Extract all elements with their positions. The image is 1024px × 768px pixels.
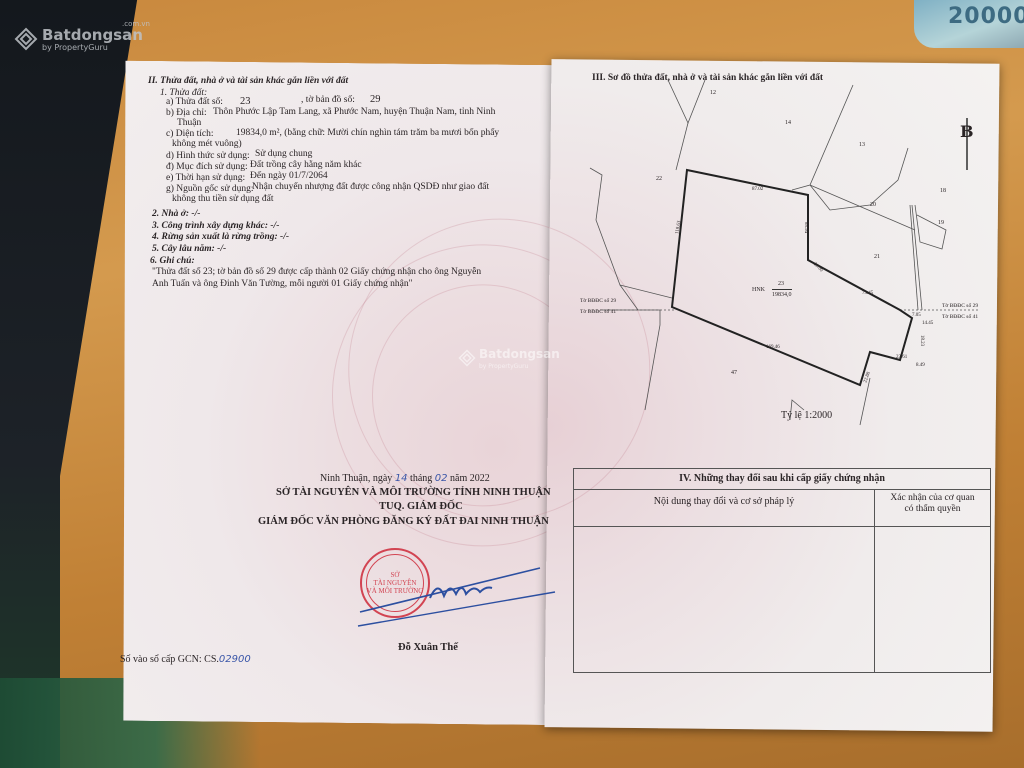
edge-length-9: 23.61 bbox=[896, 352, 907, 363]
parcel-label-20: 20 bbox=[870, 200, 876, 211]
date-month-label: tháng bbox=[410, 473, 432, 484]
parcel-label-18: 18 bbox=[940, 186, 946, 197]
main-parcel-boundary bbox=[672, 170, 912, 385]
changes-table-body bbox=[574, 527, 990, 672]
area-value: 19834,0 m², (bằng chữ: Mười chín nghìn t… bbox=[236, 128, 499, 139]
edge-length-12: 118.63 bbox=[672, 220, 685, 235]
section2-title: II. Thửa đất, nhà ở và tài sản khác gắn … bbox=[148, 76, 348, 87]
use-form-value: Sử dụng chung bbox=[255, 149, 312, 160]
edge-length-5: 7.05 bbox=[912, 310, 921, 321]
parcel-label-21: 21 bbox=[874, 252, 880, 263]
register-label: Số vào sổ cấp GCN: CS. bbox=[120, 654, 219, 665]
issue-date: Ninh Thuận, ngày 14 tháng 02 năm 2022 bbox=[320, 473, 490, 484]
map-sheet-label: , tờ bản đồ số: bbox=[301, 95, 355, 106]
item6-notes-label: 6. Ghi chú: bbox=[150, 256, 195, 267]
edge-length-8: 8.49 bbox=[916, 360, 925, 371]
address-value: Thôn Phước Lập Tam Lang, xã Phước Nam, h… bbox=[213, 107, 495, 118]
edge-length-1: 87.02 bbox=[752, 184, 763, 195]
col-authority-confirmation: Xác nhận của cơ quan có thẩm quyền bbox=[875, 490, 990, 526]
house-logo-icon bbox=[14, 27, 38, 51]
note-line2: Anh Tuấn và ông Đinh Văn Tường, mỗi ngườ… bbox=[152, 279, 412, 290]
north-arrow-label: B bbox=[960, 126, 974, 137]
parcel-label-47: 47 bbox=[731, 368, 737, 379]
banknote: 20000 bbox=[914, 0, 1024, 48]
parcel-label-22: 22 bbox=[656, 174, 662, 185]
house-watermark-icon bbox=[458, 349, 476, 367]
center-watermark: Batdongsan by PropertyGuru bbox=[458, 345, 560, 370]
note-line1: "Thửa đất số 23; tờ bản đồ số 29 được cấ… bbox=[152, 267, 481, 278]
main-parcel-code: HNK bbox=[752, 285, 765, 296]
batdongsan-logo: Batdongsan by PropertyGuru .com.vn bbox=[14, 26, 143, 52]
logo-brand: Batdongsan bbox=[42, 26, 143, 44]
edge-length-7: 18.23 bbox=[916, 335, 927, 346]
use-form-label: d) Hình thức sử dụng: bbox=[166, 151, 250, 162]
register-number: Số vào sổ cấp GCN: CS.02900 bbox=[120, 654, 251, 665]
parcel-label-14: 14 bbox=[785, 118, 791, 129]
date-day: 14 bbox=[395, 473, 408, 484]
logo-tld: .com.vn bbox=[122, 20, 150, 28]
authority-office: GIÁM ĐỐC VĂN PHÒNG ĐĂNG KÝ ĐẤT ĐAI NINH … bbox=[258, 516, 549, 527]
signer-name: Đỗ Xuân Thế bbox=[398, 642, 458, 653]
item4-production-forest: 4. Rừng sản xuất là rừng trồng: -/- bbox=[152, 232, 289, 243]
purpose-value: Đất trồng cây hằng năm khác bbox=[250, 160, 362, 171]
col-change-content: Nội dung thay đổi và cơ sở pháp lý bbox=[574, 490, 875, 526]
authority-title: TUQ. GIÁM ĐỐC bbox=[379, 501, 463, 512]
item5-perennial-trees: 5. Cây lâu năm: -/- bbox=[152, 244, 226, 255]
term-value: Đến ngày 01/7/2064 bbox=[250, 171, 328, 182]
item3-other-construction: 3. Công trình xây dựng khác: -/- bbox=[152, 221, 279, 232]
parcel-label-19: 19 bbox=[938, 218, 944, 229]
parcel-map bbox=[560, 80, 1000, 440]
changes-table: IV. Những thay đổi sau khi cấp giấy chứn… bbox=[573, 468, 991, 673]
center-watermark-sub: by PropertyGuru bbox=[479, 363, 560, 370]
address-cont: Thuận bbox=[177, 118, 201, 129]
map-sheet-number: 29 bbox=[370, 94, 381, 105]
sheet-boundary-label-29-left: Tờ BĐĐC số 29 bbox=[580, 296, 616, 307]
parcel-label-12: 12 bbox=[710, 88, 716, 99]
edge-length-6: 14.45 bbox=[922, 318, 933, 329]
date-month: 02 bbox=[435, 473, 448, 484]
sheet-boundary-label-41-left: Tờ BĐĐC số 41 bbox=[580, 307, 616, 318]
col2-line1: Xác nhận của cơ quan bbox=[890, 493, 974, 503]
origin-cont: không thu tiền sử dụng đất bbox=[172, 194, 273, 205]
sheet-boundary-label-41-right: Tờ BĐĐC số 41 bbox=[942, 312, 978, 323]
item2-house: 2. Nhà ở: -/- bbox=[152, 209, 200, 220]
register-value: 02900 bbox=[219, 654, 251, 665]
signature-icon bbox=[350, 560, 570, 640]
logo-subtitle: by PropertyGuru bbox=[42, 43, 143, 52]
edge-length-4: 73.45 bbox=[862, 288, 873, 299]
edge-length-11: 169.46 bbox=[766, 342, 780, 353]
date-prefix: Ninh Thuận, ngày bbox=[320, 473, 392, 484]
center-watermark-brand: Batdongsan bbox=[479, 347, 560, 361]
section4-title: IV. Những thay đổi sau khi cấp giấy chứn… bbox=[574, 469, 990, 490]
changes-cell-empty bbox=[574, 527, 875, 672]
area-cont: không mét vuông) bbox=[172, 139, 242, 150]
purpose-label: đ) Mục đích sử dụng: bbox=[166, 162, 248, 173]
sheet-boundary-label-29-right: Tờ BĐĐC số 29 bbox=[942, 301, 978, 312]
changes-table-header: Nội dung thay đổi và cơ sở pháp lý Xác n… bbox=[574, 490, 990, 527]
main-parcel-area: 19834,0 bbox=[772, 289, 792, 301]
col2-line2: có thẩm quyền bbox=[905, 504, 961, 514]
map-scale: Tỷ lệ 1:2000 bbox=[781, 410, 832, 421]
authority-name: SỞ TÀI NGUYÊN VÀ MÔI TRƯỜNG TỈNH NINH TH… bbox=[276, 487, 551, 498]
parcel-number: 23 bbox=[240, 96, 251, 107]
date-year: năm 2022 bbox=[450, 473, 490, 484]
parcel-label-13: 13 bbox=[859, 140, 865, 151]
term-label: e) Thời hạn sử dụng: bbox=[166, 173, 245, 184]
banknote-value: 20000 bbox=[948, 4, 1024, 29]
edge-length-2: 88.94 bbox=[800, 222, 811, 233]
origin-value: Nhận chuyển nhượng đất được công nhận QS… bbox=[252, 182, 489, 193]
